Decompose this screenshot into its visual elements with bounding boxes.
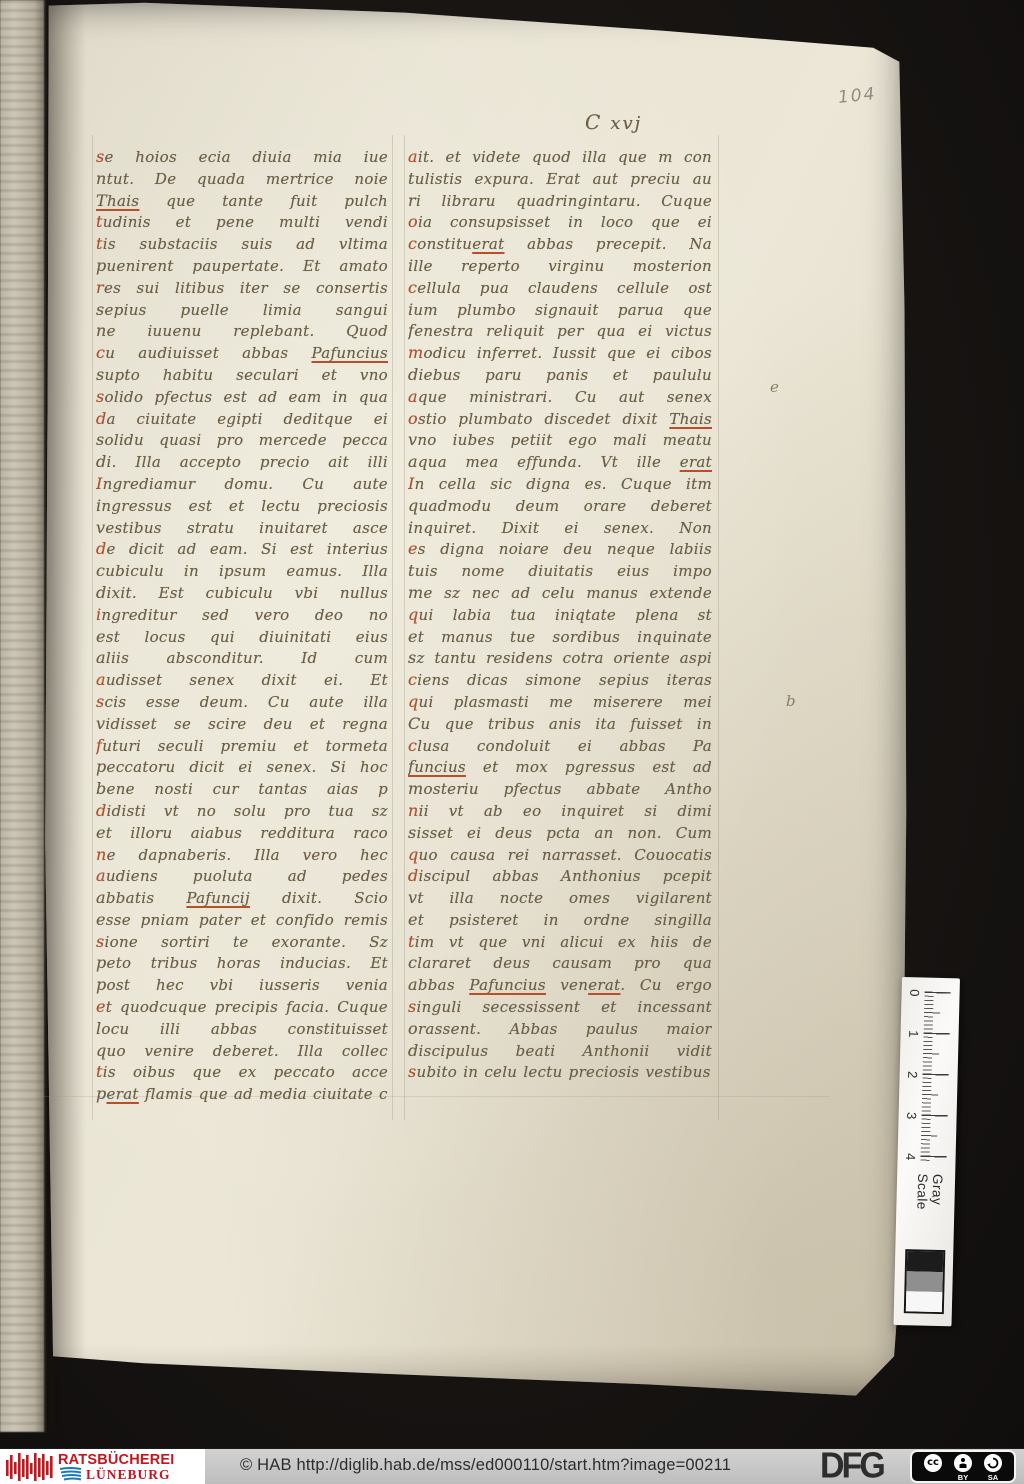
library-logo-bars-icon (6, 1452, 54, 1482)
bottom-shadow (40, 1344, 908, 1404)
ruling-line (404, 135, 405, 1120)
library-name-line1: RATSBÜCHEREI (58, 1452, 175, 1468)
footer-bar: RATSBÜCHEREI LÜNEBURG © HAB http://digli… (0, 1448, 1024, 1484)
folio-number: 104 (837, 84, 877, 108)
cc-by: BY (954, 1454, 972, 1481)
cc-sa: SA (984, 1454, 1002, 1481)
right-text-column: ait. et videte quod illa que m contulist… (408, 146, 712, 1083)
ruling-line (392, 135, 393, 1120)
dfg-logo: DFG (820, 1446, 883, 1484)
share-alike-arrow-icon (984, 1454, 1002, 1472)
gray-scale-patches (904, 1249, 946, 1314)
cc-logo: cc (924, 1454, 942, 1472)
attribution-person-icon (954, 1454, 972, 1472)
gray-scale-label: Gray Scale (913, 1173, 945, 1244)
page-edge-stack (0, 0, 46, 1432)
sa-label: SA (988, 1474, 998, 1482)
ruler-ticks (920, 992, 954, 1165)
book-waves-icon (58, 1467, 82, 1481)
heading-number: xvj (610, 113, 642, 134)
left-text-column: se hoios ecia diuia mia iuentut. De quad… (96, 146, 388, 1105)
ruler-numbers: 01234 (903, 985, 922, 1175)
ruling-line (92, 135, 93, 1120)
gray-scale-ruler: 01234 Gray Scale (893, 977, 959, 1326)
copyright-url-text: © HAB http://diglib.hab.de/mss/ed000110/… (240, 1456, 731, 1475)
by-label: BY (958, 1474, 968, 1482)
digitized-manuscript-photo: 104 Cxvj se hoios ecia diuia mia iuentut… (0, 0, 1024, 1484)
cc-icon: cc (924, 1454, 942, 1472)
library-name-line2: LÜNEBURG (86, 1467, 171, 1483)
marginal-mark: e (770, 378, 779, 396)
library-logo: RATSBÜCHEREI LÜNEBURG (0, 1449, 205, 1484)
heading-mark: C (585, 110, 602, 134)
marginal-mark: b (786, 692, 796, 710)
chapter-heading: Cxvj (585, 110, 642, 134)
cc-license-badge: cc BY SA (910, 1450, 1016, 1483)
ruling-line (718, 135, 719, 1120)
